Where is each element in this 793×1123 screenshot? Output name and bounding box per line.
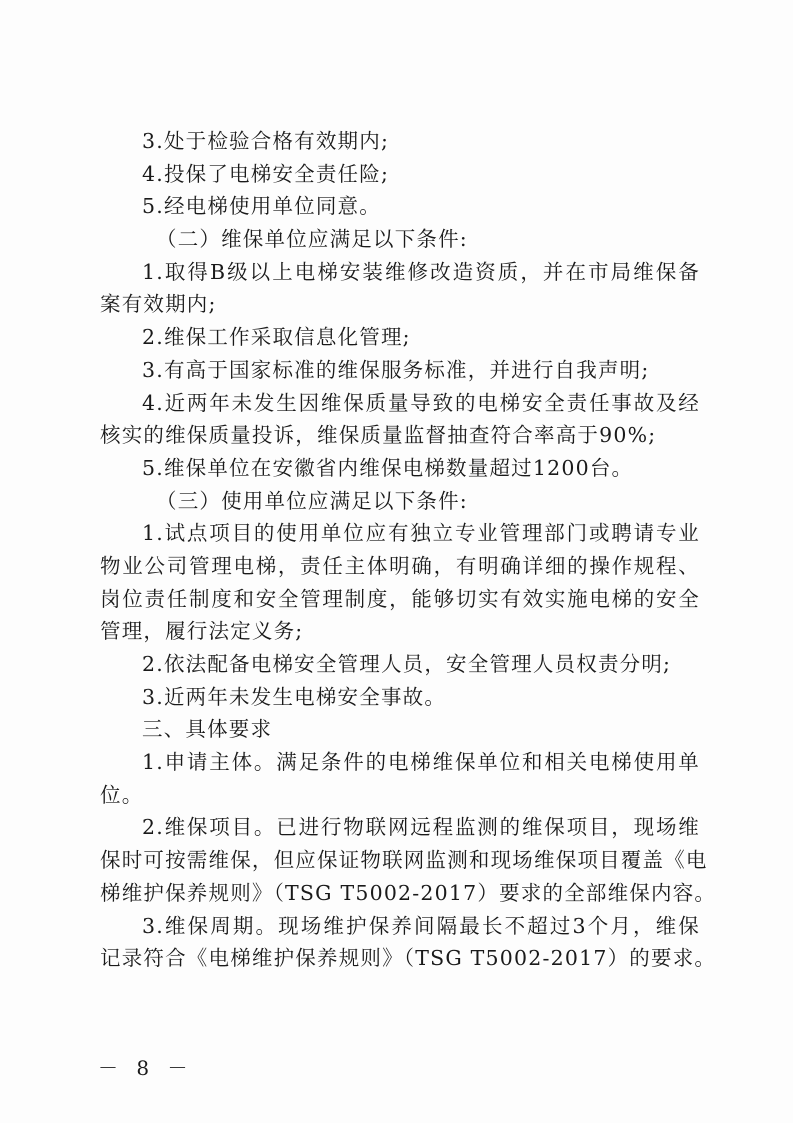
list-item-information-management: 2.维保工作采取信息化管理; (100, 321, 700, 354)
requirement-maintenance-cycle-cont: 记录符合《电梯维护保养规则》（TSG T5002-2017）的要求。 (100, 942, 700, 975)
list-item-safety-personnel: 2.依法配备电梯安全管理人员，安全管理人员权责分明; (100, 648, 700, 681)
section-heading-specific-requirements: 三、具体要求 (100, 713, 700, 746)
list-item-management-department-cont-2: 岗位责任制度和安全管理制度，能够切实有效实施电梯的安全 (100, 583, 700, 616)
requirement-applicant: 1.申请主体。满足条件的电梯维保单位和相关电梯使用单 (100, 746, 700, 779)
requirement-maintenance-items-cont-1: 保时可按需维保，但应保证物联网监测和现场维保项目覆盖《电 (100, 844, 700, 877)
list-item-elevator-count: 5.维保单位在安徽省内维保电梯数量超过1200台。 (100, 452, 700, 485)
list-item-no-safety-accidents: 3.近两年未发生电梯安全事故。 (100, 681, 700, 714)
list-item-management-department-cont-1: 物业公司管理电梯，责任主体明确，有明确详细的操作规程、 (100, 550, 700, 583)
requirement-applicant-cont: 位。 (100, 779, 700, 812)
list-item-valid-inspection: 3.处于检验合格有效期内; (100, 125, 700, 158)
requirement-maintenance-items-cont-2: 梯维护保养规则》（TSG T5002-2017）要求的全部维保内容。 (100, 877, 700, 910)
list-item-user-consent: 5.经电梯使用单位同意。 (100, 190, 700, 223)
document-body: 3.处于检验合格有效期内; 4.投保了电梯安全责任险; 5.经电梯使用单位同意。… (100, 125, 700, 975)
page-number: － 8 － (98, 1052, 193, 1081)
list-item-qualification-cont: 案有效期内; (100, 288, 700, 321)
subheading-maintenance-unit-conditions: （二）维保单位应满足以下条件: (100, 223, 700, 256)
subheading-user-unit-conditions: （三）使用单位应满足以下条件: (100, 485, 700, 518)
list-item-liability-insurance: 4.投保了电梯安全责任险; (100, 158, 700, 191)
list-item-service-standard: 3.有高于国家标准的维保服务标准，并进行自我声明; (100, 354, 700, 387)
list-item-no-accidents: 4.近两年未发生因维保质量导致的电梯安全责任事故及经 (100, 387, 700, 420)
list-item-management-department-cont-3: 管理，履行法定义务; (100, 615, 700, 648)
document-page: 3.处于检验合格有效期内; 4.投保了电梯安全责任险; 5.经电梯使用单位同意。… (0, 0, 793, 1123)
list-item-management-department: 1.试点项目的使用单位应有独立专业管理部门或聘请专业 (100, 517, 700, 550)
list-item-qualification: 1.取得B级以上电梯安装维修改造资质，并在市局维保备 (100, 256, 700, 289)
requirement-maintenance-items: 2.维保项目。已进行物联网远程监测的维保项目，现场维 (100, 811, 700, 844)
list-item-no-accidents-cont: 核实的维保质量投诉，维保质量监督抽查符合率高于90%; (100, 419, 700, 452)
requirement-maintenance-cycle: 3.维保周期。现场维护保养间隔最长不超过3个月，维保 (100, 910, 700, 943)
